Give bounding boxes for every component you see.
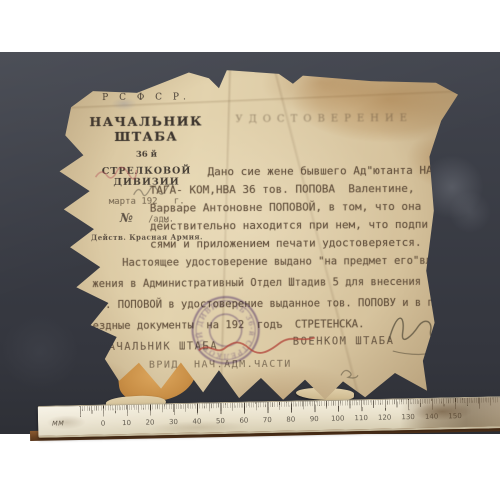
ruler-number: 100: [331, 415, 345, 423]
doc-line: Варваре Антоновне ПОПОВОЙ, в том, что он…: [150, 198, 447, 218]
ruler-number: 30: [169, 418, 178, 426]
ruler-number: 130: [401, 413, 415, 421]
letterhead-unit-title: НАЧАЛЬНИК ШТАБА: [67, 113, 225, 144]
ruler-number: 10: [122, 419, 131, 427]
ruler-number: 50: [216, 417, 225, 425]
ruler-number: 140: [425, 413, 439, 421]
document-title: УДОСТОВЕРЕНИЕ: [223, 113, 425, 125]
ruler-number: 80: [286, 416, 295, 424]
doc-line: Дано сие жене бывшего Ад"ютанта НАЧ-: [149, 162, 446, 182]
ruler-number: 90: [310, 415, 319, 423]
ruler-number: 0: [101, 420, 106, 428]
signature-label-military-commissar: ВОЕНКОМ ШТАБА: [293, 335, 395, 348]
number-sign: №: [120, 211, 133, 225]
ruler-number: 120: [378, 414, 392, 422]
letterhead-org: Р С Ф С Р.: [67, 92, 225, 103]
doc-line: гр. ПОПОВОЙ в удостоверение выданное тов…: [92, 293, 446, 316]
ruler-number: 20: [145, 418, 154, 426]
doc-line: ТАГА- КОМ,НВА 36 тов. ПОПОВА Валентине,: [150, 180, 447, 200]
ruler-unit-label: MM: [52, 419, 64, 427]
body-paragraph-1: Дано сие жене бывшего Ад"ютанта НАЧ-ТАГА…: [149, 162, 446, 254]
ruler-number: 60: [239, 417, 248, 425]
ruler-number: 40: [192, 418, 201, 426]
pencil-mark: [335, 365, 359, 381]
doc-line: жения в Административный Отдел Штадив 5 …: [92, 272, 446, 295]
ruler-number: 70: [263, 416, 272, 424]
document-paper: Р С Ф С Р. НАЧАЛЬНИК ШТАБА 36 й СТРЕЛКОВ…: [41, 61, 467, 414]
letterhead-unit-number: 36 й: [67, 149, 225, 160]
ruler-number: 150: [448, 412, 462, 420]
photo-of-document: Р С Ф С Р. НАЧАЛЬНИК ШТАБА 36 й СТРЕЛКОВ…: [0, 0, 500, 500]
doc-line: Настоящее удостоверение выдано "на предм…: [92, 251, 446, 274]
photo-background: Р С Ф С Р. НАЧАЛЬНИК ШТАБА 36 й СТРЕЛКОВ…: [0, 52, 500, 434]
doc-line: действительно находится при нем, что под…: [150, 216, 447, 236]
ruler-number: 110: [354, 414, 368, 422]
